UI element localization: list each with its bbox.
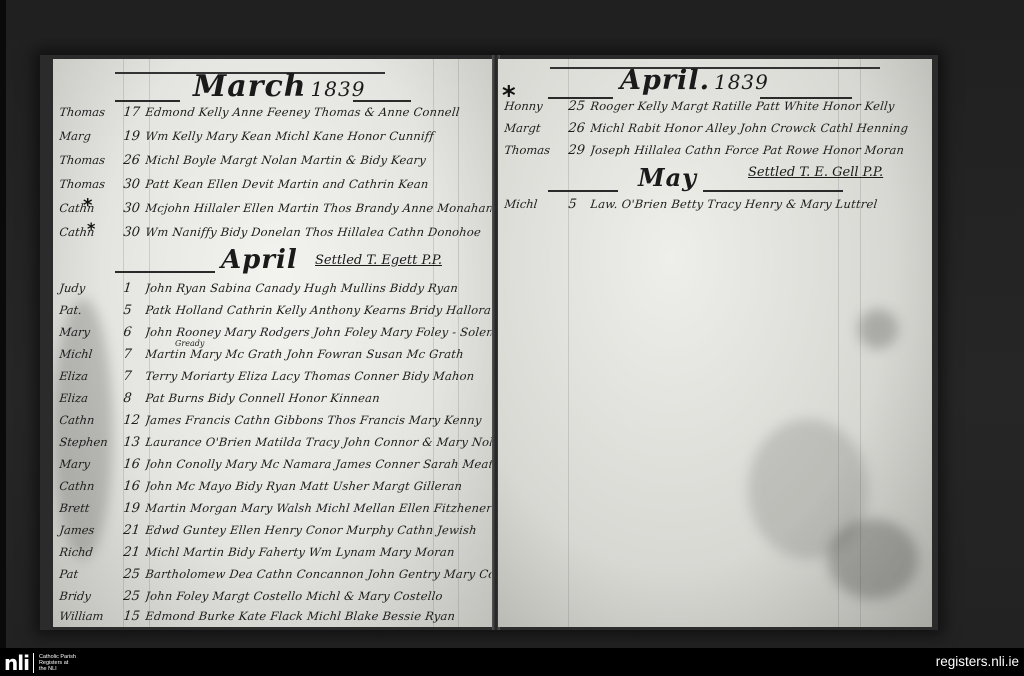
entry-names: Rooger Kelly Margt Ratille Patt White Ho… (590, 99, 927, 113)
nli-logo-mark: nli (4, 653, 29, 673)
entry-sponsor: Cathn (59, 413, 124, 427)
entry-sponsor: Thomas (504, 143, 569, 157)
entry-day: 5 (568, 197, 592, 212)
entry-day: 25 (568, 99, 592, 114)
footer-bar: nli Catholic Parish Registers at the NLI… (0, 648, 1024, 676)
entry-sponsor: Pat (59, 567, 124, 581)
site-url-link[interactable]: registers.nli.ie (936, 654, 1019, 669)
entry-day: 29 (568, 143, 592, 158)
entry-names: Bartholomew Dea Cathn Concannon John Gen… (145, 567, 492, 581)
entry-names: John Conolly Mary Mc Namara James Conner… (145, 457, 492, 471)
register-entry: Cathn12James Francis Cathn Gibbons Thos … (58, 413, 492, 435)
register-entry: Bridy25John Foley Margt Costello Michl &… (58, 589, 492, 611)
image-viewer[interactable]: March1839 Thomas17Edmond Kelly Anne Feen… (0, 0, 1024, 648)
signature-settled: Settled T. Egett P.P. (315, 253, 442, 268)
month-label: April (221, 245, 298, 275)
register-entry: Pat25Bartholomew Dea Cathn Concannon Joh… (58, 567, 492, 589)
entry-names: Joseph Hillalea Cathn Force Pat Rowe Hon… (590, 143, 927, 157)
entry-sponsor: James (59, 523, 124, 537)
logo-line-2: Registers at (39, 660, 68, 666)
year-label: 1839 (311, 77, 366, 101)
entry-sponsor: Cathn (59, 479, 124, 493)
entry-sponsor: William (59, 609, 124, 623)
march-heading: March1839 (193, 69, 365, 104)
entry-names: Terry Moriarty Eliza Lacy Thomas Conner … (145, 369, 492, 383)
entry-day: 7 (123, 369, 147, 384)
entry-names: Edmond Kelly Anne Feeney Thomas & Anne C… (145, 105, 492, 119)
entry-sponsor: Margt (504, 121, 569, 135)
entry-day: 12 (123, 413, 147, 428)
entry-day: 13 (123, 435, 147, 450)
entry-day: 1 (123, 281, 147, 296)
register-entry: James21Edwd Guntey Ellen Henry Conor Mur… (58, 523, 492, 545)
entry-sponsor: Cathn (59, 201, 124, 215)
entry-day: 19 (123, 501, 147, 516)
register-entry: Cathn30Wm Naniffy Bidy Donelan Thos Hill… (58, 225, 492, 247)
register-spread: March1839 Thomas17Edmond Kelly Anne Feen… (40, 55, 938, 630)
register-entry: Judy1John Ryan Sabina Canady Hugh Mullin… (58, 281, 492, 303)
entry-sponsor: Marg (59, 129, 124, 143)
register-entry: Eliza7Terry Moriarty Eliza Lacy Thomas C… (58, 369, 492, 391)
register-entry: Margt26Michl Rabit Honor Alley John Crow… (503, 121, 927, 143)
register-entry: William15Edmond Burke Kate Flack Michl B… (58, 609, 492, 627)
signature-settled: Settled T. E. Gell P.P. (748, 165, 883, 180)
register-entry: Thomas26Michl Boyle Margt Nolan Martin &… (58, 153, 492, 175)
entry-day: 8 (123, 391, 147, 406)
entry-day: 26 (568, 121, 592, 136)
entry-names: John Rooney Mary Rodgers John Foley Mary… (145, 325, 492, 339)
entry-sponsor: Pat. (59, 303, 124, 317)
entry-sponsor: Cathn (59, 225, 124, 239)
entry-day: 25 (123, 567, 147, 582)
register-entry: Mary6John Rooney Mary Rodgers John Foley… (58, 325, 492, 347)
entry-sponsor: Eliza (59, 369, 124, 383)
entry-names: Martin Mary Mc Grath John Fowran Susan M… (145, 347, 492, 361)
entry-day: 30 (123, 225, 147, 240)
left-page: March1839 Thomas17Edmond Kelly Anne Feen… (50, 59, 497, 627)
entry-day: 26 (123, 153, 147, 168)
entry-names: Michl Boyle Margt Nolan Martin & Bidy Ke… (145, 153, 492, 167)
nli-logo[interactable]: nli Catholic Parish Registers at the NLI (4, 652, 76, 674)
entry-day: 30 (123, 177, 147, 192)
entry-sponsor: Thomas (59, 153, 124, 167)
month-label: May (638, 163, 697, 192)
entry-sponsor: Richd (59, 545, 124, 559)
entry-sponsor: Michl (59, 347, 124, 361)
register-entry: Eliza8Pat Burns Bidy Connell Honor Kinne… (58, 391, 492, 413)
register-entry: Thomas29Joseph Hillalea Cathn Force Pat … (503, 143, 927, 165)
entry-sponsor: Eliza (59, 391, 124, 405)
register-entry: Thomas17Edmond Kelly Anne Feeney Thomas … (58, 105, 492, 127)
entry-sponsor: Judy (59, 281, 124, 295)
entry-sponsor: Michl (504, 197, 569, 211)
entry-names: Edmond Burke Kate Flack Michl Blake Bess… (145, 609, 492, 623)
register-entry: Marg19Wm Kelly Mary Kean Michl Kane Hono… (58, 129, 492, 151)
entry-names: Mcjohn Hillaler Ellen Martin Thos Brandy… (145, 201, 492, 215)
entry-names: Wm Naniffy Bidy Donelan Thos Hillalea Ca… (145, 225, 492, 239)
register-entry: Pat.5Patk Holland Cathrin Kelly Anthony … (58, 303, 492, 325)
register-entry: Thomas30Patt Kean Ellen Devit Martin and… (58, 177, 492, 199)
entry-names: Law. O'Brien Betty Tracy Henry & Mary Lu… (590, 197, 927, 211)
entry-names: Patk Holland Cathrin Kelly Anthony Kearn… (145, 303, 492, 317)
nli-logo-text: Catholic Parish Registers at the NLI (39, 654, 76, 673)
entry-day: 15 (123, 609, 147, 624)
logo-divider (33, 653, 34, 673)
register-entry: Cathn30Mcjohn Hillaler Ellen Martin Thos… (58, 201, 492, 223)
entry-day: 19 (123, 129, 147, 144)
entry-day: 30 (123, 201, 147, 216)
entry-day: 5 (123, 303, 147, 318)
april-heading: April (221, 245, 298, 275)
month-label: March (193, 69, 307, 104)
register-entry: Michl7Martin Mary Mc Grath John Fowran S… (58, 347, 492, 369)
register-entry: Michl5Law. O'Brien Betty Tracy Henry & M… (503, 197, 927, 219)
entry-day: 7 (123, 347, 147, 362)
year-label: 1839 (714, 70, 769, 94)
right-page: * April.1839 Honny25Rooger Kelly Margt R… (498, 59, 932, 627)
entry-names: James Francis Cathn Gibbons Thos Francis… (145, 413, 492, 427)
entry-day: 16 (123, 479, 147, 494)
entry-day: 16 (123, 457, 147, 472)
register-entry: Cathn16John Mc Mayo Bidy Ryan Matt Usher… (58, 479, 492, 501)
entry-sponsor: Bridy (59, 589, 124, 603)
entry-day: 21 (123, 545, 147, 560)
entry-names: Michl Martin Bidy Faherty Wm Lynam Mary … (145, 545, 492, 559)
logo-line-3: the NLI (39, 666, 57, 672)
logo-line-1: Catholic Parish (39, 654, 76, 660)
entry-day: 6 (123, 325, 147, 340)
entry-sponsor: Thomas (59, 177, 124, 191)
entry-names: Michl Rabit Honor Alley John Crowck Cath… (590, 121, 927, 135)
entry-sponsor: Thomas (59, 105, 124, 119)
entry-sponsor: Honny (504, 99, 569, 113)
entry-names: Laurance O'Brien Matilda Tracy John Conn… (145, 435, 492, 449)
entry-names: Pat Burns Bidy Connell Honor Kinnean (145, 391, 492, 405)
entry-names: Patt Kean Ellen Devit Martin and Cathrin… (145, 177, 492, 191)
entry-day: 17 (123, 105, 147, 120)
entry-day: 21 (123, 523, 147, 538)
register-entry: Honny25Rooger Kelly Margt Ratille Patt W… (503, 99, 927, 121)
entry-names: Martin Morgan Mary Walsh Michl Mellan El… (145, 501, 492, 515)
entry-sponsor: Brett (59, 501, 124, 515)
entry-names: Wm Kelly Mary Kean Michl Kane Honor Cunn… (145, 129, 492, 143)
entry-names: Edwd Guntey Ellen Henry Conor Murphy Cat… (145, 523, 492, 537)
entry-sponsor: Mary (59, 325, 124, 339)
entry-sponsor: Mary (59, 457, 124, 471)
april-heading-right: April.1839 (620, 65, 769, 96)
entry-sponsor: Stephen (59, 435, 124, 449)
entry-day: 25 (123, 589, 147, 604)
may-heading: May (638, 163, 697, 192)
entry-names: John Ryan Sabina Canady Hugh Mullins Bid… (145, 281, 492, 295)
register-entry: Mary16John Conolly Mary Mc Namara James … (58, 457, 492, 479)
register-entry: Brett19Martin Morgan Mary Walsh Michl Me… (58, 501, 492, 523)
register-entry: Stephen13Laurance O'Brien Matilda Tracy … (58, 435, 492, 457)
month-label: April. (620, 65, 710, 96)
entry-names: John Mc Mayo Bidy Ryan Matt Usher Margt … (145, 479, 492, 493)
register-entry: Richd21Michl Martin Bidy Faherty Wm Lyna… (58, 545, 492, 567)
entry-names: John Foley Margt Costello Michl & Mary C… (145, 589, 492, 603)
